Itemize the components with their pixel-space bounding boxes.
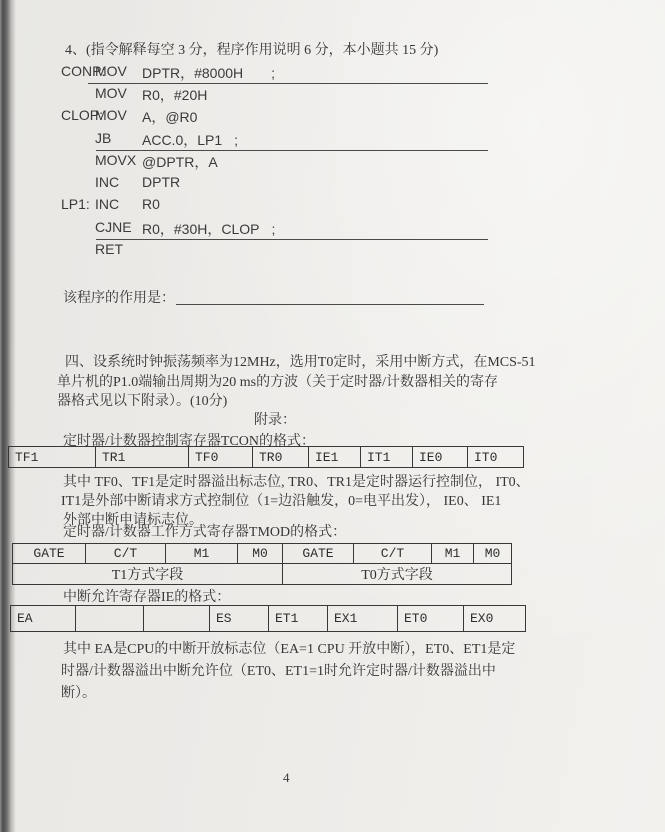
tcon-bit-cell: IT1 xyxy=(361,447,413,468)
tmod-bit-cell: C/T xyxy=(86,544,166,564)
code-operands: @DPTR，A xyxy=(142,152,218,172)
code-line: MOVX @DPTR，A xyxy=(0,152,530,171)
code-line: RET xyxy=(0,241,530,260)
tcon-note: IT1是外部中断请求方式控制位（1=边沿触发，0=电平出发）， IE0、 IE1 xyxy=(61,490,501,510)
ie-bit-cell: EX1 xyxy=(328,606,398,632)
answer-blank-underline xyxy=(96,150,488,151)
code-opcode: MOVX xyxy=(95,152,136,168)
ie-bit-cell: EA xyxy=(11,606,76,632)
code-operands: ACC.0，LP1; xyxy=(142,130,238,150)
tmod-field-cell: T1方式字段 xyxy=(13,564,283,585)
purpose-blank-underline xyxy=(176,304,484,305)
tmod-bit-cell: GATE xyxy=(283,544,354,564)
tcon-bit-cell: IT0 xyxy=(468,447,524,468)
ie-bit-cell: ET0 xyxy=(398,606,464,632)
question4-heading: 4、(指令解释每空 3 分，程序作用说明 6 分，本小题共 15 分) xyxy=(65,39,438,59)
tcon-bit-cell: IE0 xyxy=(413,447,468,468)
question-line: 器格式见以下附录）。(10分) xyxy=(57,390,227,410)
code-operands: A，@R0 xyxy=(142,107,197,127)
code-operands: R0，#30H，CLOP; xyxy=(142,219,275,239)
tcon-note: 其中 TF0、TF1是定时器溢出标志位, TR0、TR1是定时器运行控制位， I… xyxy=(63,471,530,491)
code-opcode: JB xyxy=(95,130,111,146)
scanned-exam-page: 4、(指令解释每空 3 分，程序作用说明 6 分，本小题共 15 分) CONP… xyxy=(0,0,665,832)
ie-note: 时器/计数器溢出中断允许位（ET0、ET1=1时允许定时器/计数器溢出中 xyxy=(61,660,496,680)
code-comment: ; xyxy=(272,221,276,237)
page-number: 4 xyxy=(283,770,290,786)
ie-bit-cell: ET1 xyxy=(269,606,328,632)
ie-bit-cell: EX0 xyxy=(464,606,526,632)
question-line: 单片机的P1.0端输出周期为20 ms的方波（关于定时器/计数器相关的寄存 xyxy=(57,371,498,391)
tmod-field-cell: T0方式字段 xyxy=(283,564,512,585)
tmod-bit-cell: M1 xyxy=(166,544,238,564)
code-line: MOV R0，#20H xyxy=(0,85,530,104)
code-comment: ; xyxy=(271,65,275,81)
ie-note: 断）。 xyxy=(61,682,96,702)
code-opcode: MOV xyxy=(95,85,127,101)
appendix-heading: 附录： xyxy=(254,409,296,429)
ie-table: EA ES ET1 EX1 ET0 EX0 xyxy=(10,605,526,632)
tmod-table: GATE C/T M1 M0 GATE C/T M1 M0 T1方式字段 T0方… xyxy=(12,543,512,585)
code-opcode: MOV xyxy=(95,107,127,123)
code-operands: DPTR，#8000H; xyxy=(142,63,275,83)
code-opcode: INC xyxy=(95,196,119,212)
tcon-bit-cell: IE1 xyxy=(309,447,361,468)
tcon-bit-cell: TR1 xyxy=(96,447,189,468)
ie-note: 其中 EA是CPU的中断开放标志位（EA=1 CPU 开放中断），ET0、ET1… xyxy=(63,638,515,658)
question-line: 四、设系统时钟振荡频率为12MHz，选用T0定时，采用中断方式，在MCS-51 xyxy=(65,351,536,371)
code-operands: DPTR xyxy=(142,174,180,190)
code-line: CLOP: MOV A，@R0 xyxy=(0,107,530,126)
tcon-bit-cell: TF1 xyxy=(9,447,96,468)
tcon-bit-cell: TF0 xyxy=(189,447,253,468)
ie-bit-cell xyxy=(144,606,210,632)
code-comment: ; xyxy=(234,132,238,148)
code-opcode: RET xyxy=(95,241,123,257)
code-line: LP1: INC R0 xyxy=(0,196,530,215)
tcon-table: TF1 TR1 TF0 TR0 IE1 IT1 IE0 IT0 xyxy=(8,446,524,468)
tmod-bit-cell: GATE xyxy=(13,544,86,564)
tmod-bit-cell: M0 xyxy=(238,544,283,564)
tmod-bit-cell: M0 xyxy=(474,544,512,564)
tmod-bit-cell: M1 xyxy=(432,544,474,564)
tmod-caption: 定时器/计数器工作方式寄存器TMOD的格式： xyxy=(63,521,346,541)
purpose-label: 该程序的作用是： xyxy=(63,287,175,307)
code-line: INC DPTR xyxy=(0,174,530,193)
tcon-bit-cell: TR0 xyxy=(253,447,309,468)
code-opcode: INC xyxy=(95,174,119,190)
code-line: CONP: MOV DPTR，#8000H; xyxy=(0,63,530,82)
code-opcode: CJNE xyxy=(95,219,132,235)
code-line: JB ACC.0，LP1; xyxy=(0,130,530,149)
code-operands: R0，#20H xyxy=(142,85,207,105)
ie-caption: 中断允许寄存器IE的格式： xyxy=(63,586,230,606)
ie-bit-cell xyxy=(76,606,144,632)
answer-blank-underline xyxy=(96,239,488,240)
tmod-bit-cell: C/T xyxy=(354,544,432,564)
code-label: LP1: xyxy=(61,196,90,212)
answer-blank-underline xyxy=(88,83,488,84)
code-operands: R0 xyxy=(142,196,160,212)
code-line: CJNE R0，#30H，CLOP; xyxy=(0,219,530,238)
code-opcode: MOV xyxy=(95,63,127,79)
ie-bit-cell: ES xyxy=(210,606,269,632)
